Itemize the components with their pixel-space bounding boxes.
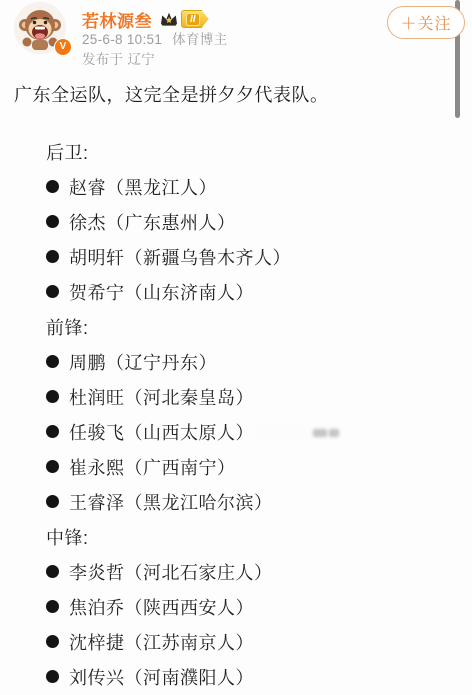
player-row: 胡明轩（新疆乌鲁木齐人） — [46, 239, 456, 274]
bullet-icon — [46, 460, 59, 473]
post-location: 发布于 辽宁 — [82, 50, 227, 70]
bullet-icon — [46, 635, 59, 648]
vip-crown-icon — [159, 11, 179, 27]
player-row: 周鹏（辽宁丹东） — [46, 344, 456, 379]
follow-button[interactable]: ＋关注 — [387, 6, 465, 39]
player-row: 李炎哲（河北石家庄人） — [46, 554, 456, 589]
bullet-icon — [46, 285, 59, 298]
post-text: 广东全运队，这完全是拼夕夕代表队。 — [14, 83, 454, 107]
player-name: 胡明轩（新疆乌鲁木齐人） — [69, 244, 291, 270]
avatar[interactable]: V — [14, 2, 66, 54]
section-title-forwards: 前锋: — [46, 309, 456, 344]
player-name: 焦泊乔（陕西西安人） — [69, 594, 254, 620]
player-row: 杜润旺（河北秦皇岛） — [46, 379, 456, 414]
player-name: 贺希宁（山东济南人） — [69, 279, 254, 305]
player-name: 李炎哲（河北石家庄人） — [69, 559, 273, 585]
player-name: 崔永熙（广西南宁） — [69, 454, 236, 480]
bullet-icon — [46, 250, 59, 263]
player-row: 任骏飞（山西太原人） — [46, 414, 456, 449]
bullet-icon — [46, 670, 59, 683]
bullet-icon — [46, 215, 59, 228]
vip-level-badge: II — [181, 10, 209, 28]
player-name: 杜润旺（河北秦皇岛） — [69, 384, 254, 410]
player-row: 徐杰（广东惠州人） — [46, 204, 456, 239]
bullet-icon — [46, 425, 59, 438]
player-name: 王睿泽（黑龙江哈尔滨） — [69, 489, 273, 515]
player-name: 赵睿（黑龙江人） — [69, 174, 217, 200]
bullet-icon — [46, 180, 59, 193]
player-row: 刘传兴（河南濮阳人） — [46, 659, 456, 694]
player-row: 崔永熙（广西南宁） — [46, 449, 456, 484]
bullet-icon — [46, 495, 59, 508]
player-row: 焦泊乔（陕西西安人） — [46, 589, 456, 624]
section-title-guards: 后卫: — [46, 134, 456, 169]
section-title-centers: 中锋: — [46, 519, 456, 554]
user-tag: 体育博主 — [172, 32, 227, 47]
player-row: 王睿泽（黑龙江哈尔滨） — [46, 484, 456, 519]
username[interactable]: 若林源叁 — [82, 7, 152, 32]
player-row: 贺希宁（山东济南人） — [46, 274, 456, 309]
player-name: 沈梓捷（江苏南京人） — [69, 629, 254, 655]
player-name: 徐杰（广东惠州人） — [69, 209, 236, 235]
player-name: 刘传兴（河南濮阳人） — [69, 664, 254, 690]
player-row: 沈梓捷（江苏南京人） — [46, 624, 456, 659]
bullet-icon — [46, 565, 59, 578]
post-time: 25-6-8 10:51 — [82, 32, 162, 47]
roster-list: 后卫: 赵睿（黑龙江人） 徐杰（广东惠州人） 胡明轩（新疆乌鲁木齐人） 贺希宁（… — [46, 134, 456, 694]
bullet-icon — [46, 600, 59, 613]
verified-badge-icon: V — [54, 38, 72, 56]
weibo-post-card: V 若林源叁 II 25-6-8 10:51体育博主 发布于 辽宁 ＋关注 广东… — [0, 0, 472, 695]
bullet-icon — [46, 355, 59, 368]
bullet-icon — [46, 390, 59, 403]
player-name: 任骏飞（山西太原人） — [69, 419, 254, 445]
player-name: 周鹏（辽宁丹东） — [69, 349, 217, 375]
vip-level-label: II — [186, 13, 200, 26]
player-row: 赵睿（黑龙江人） — [46, 169, 456, 204]
post-meta: 25-6-8 10:51体育博主 — [82, 30, 227, 50]
user-info: 若林源叁 II 25-6-8 10:51体育博主 发布于 辽宁 — [82, 8, 227, 70]
